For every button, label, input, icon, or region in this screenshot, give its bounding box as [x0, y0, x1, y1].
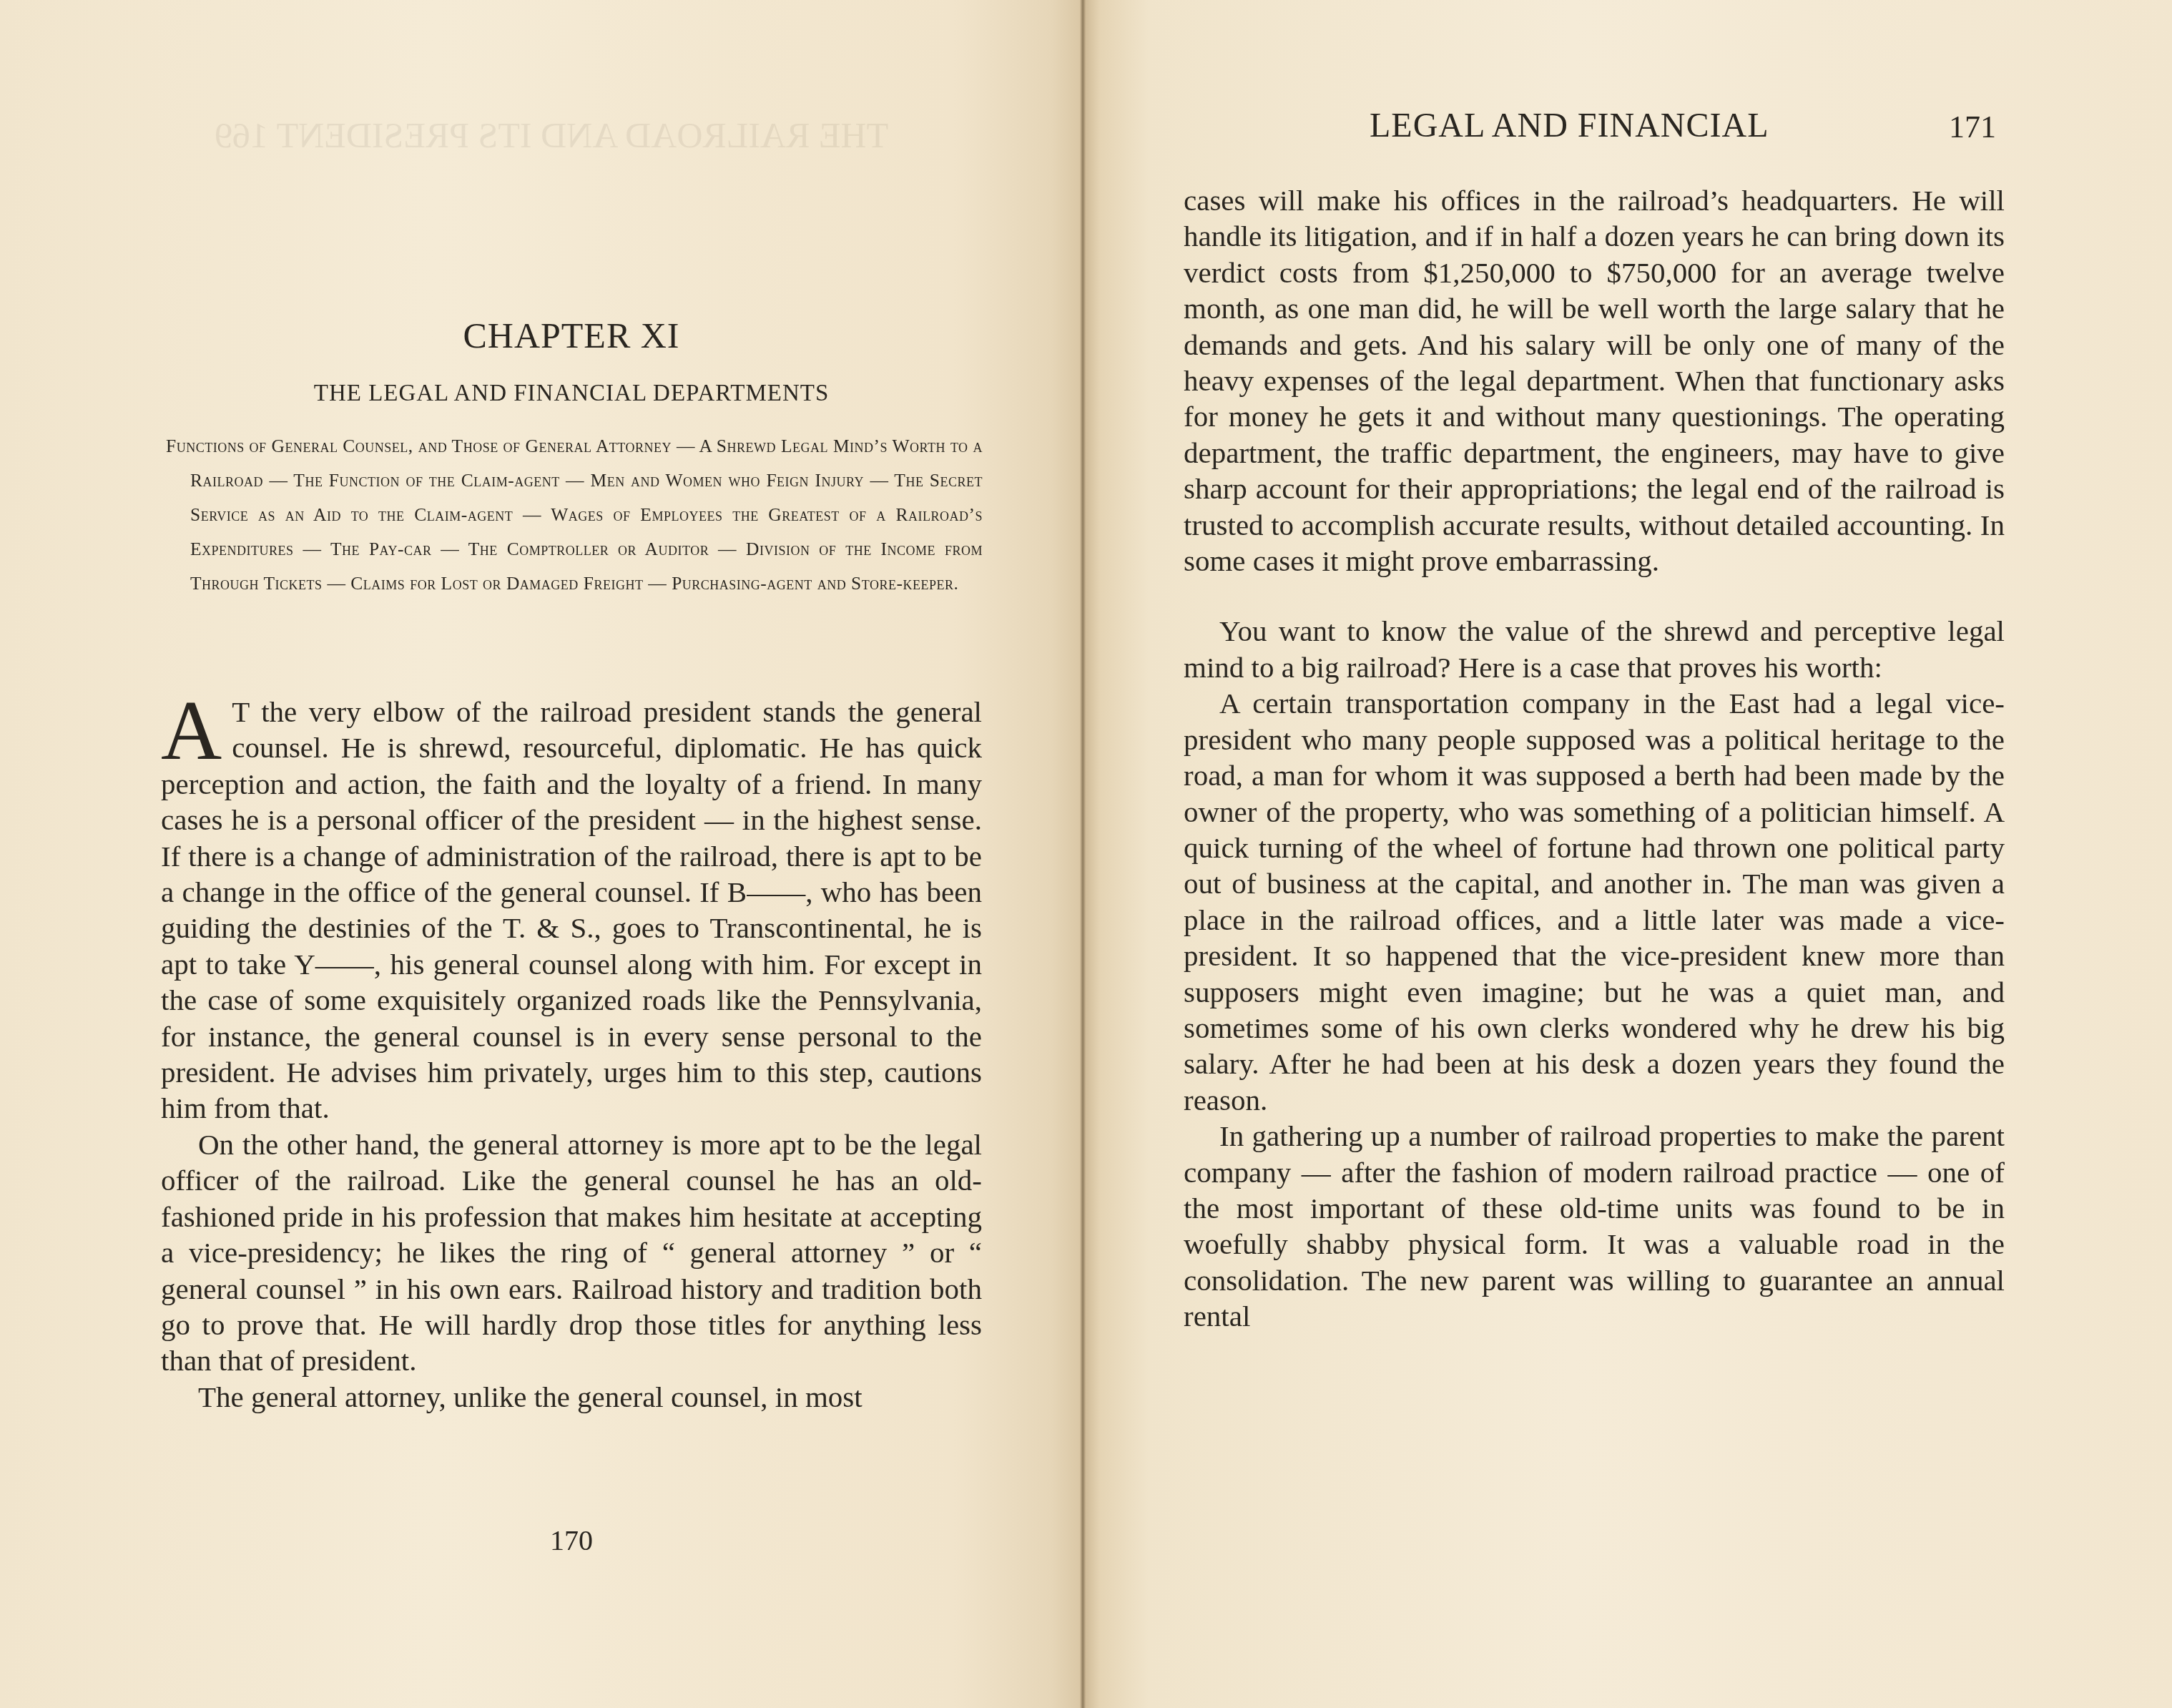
show-through-running-head: THE RAILROAD AND ITS PRESIDENT 169 — [215, 114, 888, 156]
page-number-right: 171 — [1949, 109, 1996, 145]
paragraph: On the other hand, the general attorney … — [161, 1127, 982, 1379]
paragraph-text: T the very elbow of the railroad preside… — [161, 695, 982, 1124]
paragraph: cases will make his offices in the railr… — [1184, 182, 2005, 579]
chapter-title: CHAPTER XI — [161, 315, 982, 356]
paragraph: You want to know the value of the shrewd… — [1184, 613, 2005, 685]
drop-cap: A — [161, 698, 222, 764]
book-gutter — [1080, 0, 1086, 1708]
right-page-body: cases will make his offices in the railr… — [1184, 182, 2005, 1335]
left-page: THE RAILROAD AND ITS PRESIDENT 169 CHAPT… — [0, 0, 1083, 1708]
left-page-body: AT the very elbow of the railroad presid… — [161, 694, 982, 1415]
running-head: LEGAL AND FINANCIAL — [1370, 106, 1769, 145]
paragraph: The general attorney, unlike the general… — [161, 1379, 982, 1415]
paragraph: A certain transportation company in the … — [1184, 685, 2005, 1118]
page-number-left: 170 — [161, 1523, 982, 1557]
book-spread: THE RAILROAD AND ITS PRESIDENT 169 CHAPT… — [0, 0, 2172, 1708]
paragraph: AT the very elbow of the railroad presid… — [161, 694, 982, 1127]
chapter-synopsis: Functions of General Counsel, and Those … — [166, 429, 983, 601]
chapter-subtitle: THE LEGAL AND FINANCIAL DEPARTMENTS — [161, 381, 982, 407]
paragraph: In gathering up a number of railroad pro… — [1184, 1118, 2005, 1334]
